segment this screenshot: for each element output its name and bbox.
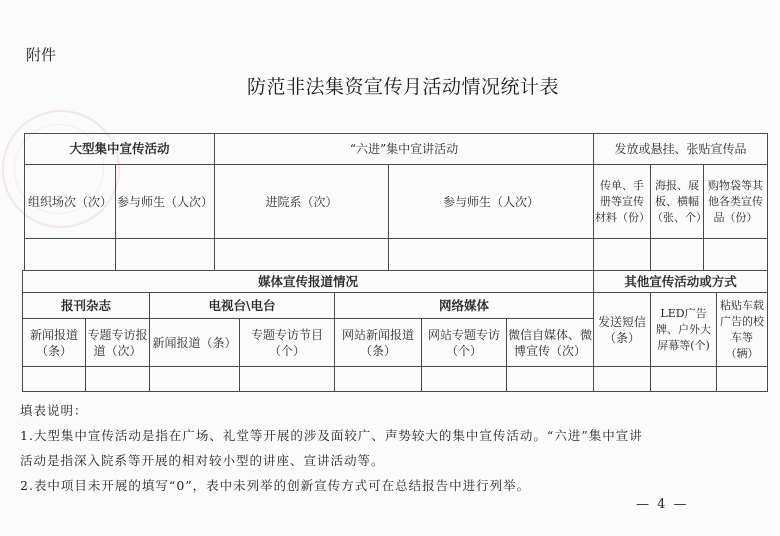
input-web-news[interactable] <box>334 366 422 392</box>
page-title: 防范非法集资宣传月活动情况统计表 <box>0 72 780 99</box>
input-paper-special[interactable] <box>85 366 150 392</box>
col-web-special: 网站专题专访（个） <box>421 318 507 367</box>
input-sms[interactable] <box>593 366 651 392</box>
col-led-screens: LED广告牌、户外大屏幕等(个) <box>650 292 717 367</box>
input-departments[interactable] <box>214 238 389 271</box>
input-leaflets[interactable] <box>593 238 651 271</box>
input-sessions[interactable] <box>24 238 116 271</box>
col-paper-news: 新闻报道（条） <box>22 318 86 367</box>
input-tv-special[interactable] <box>239 366 335 392</box>
input-bus-ads[interactable] <box>716 366 768 392</box>
instruction-line: 活动是指深入院系等开展的相对较小型的讲座、宣讲活动等。 <box>20 448 760 473</box>
instructions-heading: 填表说明： <box>20 398 760 423</box>
col-large-participants: 参与师生（人次） <box>115 164 215 239</box>
col-wechat-weibo: 微信自媒体、微博宣传（次） <box>506 318 594 367</box>
attachment-label: 附件 <box>26 44 56 65</box>
col-leaflets: 传单、手册等宣传材料（份） <box>593 164 651 239</box>
col-sms: 发送短信（条） <box>593 292 651 367</box>
col-posters: 海报、展板、横幅（张、个） <box>650 164 704 239</box>
header-six-entries-activities: “六进”集中宣讲活动 <box>214 133 594 165</box>
input-other-items[interactable] <box>703 238 768 271</box>
header-other-activities: 其他宣传活动或方式 <box>593 270 768 293</box>
header-media-coverage: 媒体宣传报道情况 <box>22 270 594 293</box>
col-web-news: 网站新闻报道（条） <box>334 318 422 367</box>
input-paper-news[interactable] <box>22 366 86 392</box>
instruction-line: 2.表中项目未开展的填写“0”，表中未列举的创新宣传方式可在总结报告中进行列举。 <box>20 473 760 498</box>
col-tv-news: 新闻报道（条） <box>149 318 240 367</box>
header-newspapers-magazines: 报刊杂志 <box>22 292 150 319</box>
filling-instructions: 填表说明： 1.大型集中宣传活动是指在广场、礼堂等开展的涉及面较广、声势较大的集… <box>20 398 760 498</box>
header-large-scale-activities: 大型集中宣传活动 <box>24 133 215 165</box>
input-tv-news[interactable] <box>149 366 240 392</box>
input-six-participants[interactable] <box>388 238 594 271</box>
header-online-media: 网络媒体 <box>334 292 594 319</box>
input-web-special[interactable] <box>421 366 507 392</box>
col-sessions: 组织场次（次） <box>24 164 116 239</box>
input-large-participants[interactable] <box>115 238 215 271</box>
col-six-participants: 参与师生（人次） <box>388 164 594 239</box>
input-led-screens[interactable] <box>650 366 717 392</box>
col-tv-special: 专题专访节目（个） <box>239 318 335 367</box>
input-posters[interactable] <box>650 238 704 271</box>
col-bus-ads: 粘贴车载广告的校车等（辆） <box>716 292 768 367</box>
header-promotional-materials: 发放或悬挂、张贴宣传品 <box>593 133 768 165</box>
col-departments: 进院系（次） <box>214 164 389 239</box>
input-wechat-weibo[interactable] <box>506 366 594 392</box>
col-other-items: 购物袋等其他各类宣传品（份） <box>703 164 768 239</box>
col-paper-special: 专题专访报道（次） <box>85 318 150 367</box>
page-number: — 4 — <box>636 497 689 512</box>
header-tv-radio: 电视台\电台 <box>149 292 335 319</box>
instruction-line: 1.大型集中宣传活动是指在广场、礼堂等开展的涉及面较广、声势较大的集中宣传活动。… <box>20 423 760 448</box>
